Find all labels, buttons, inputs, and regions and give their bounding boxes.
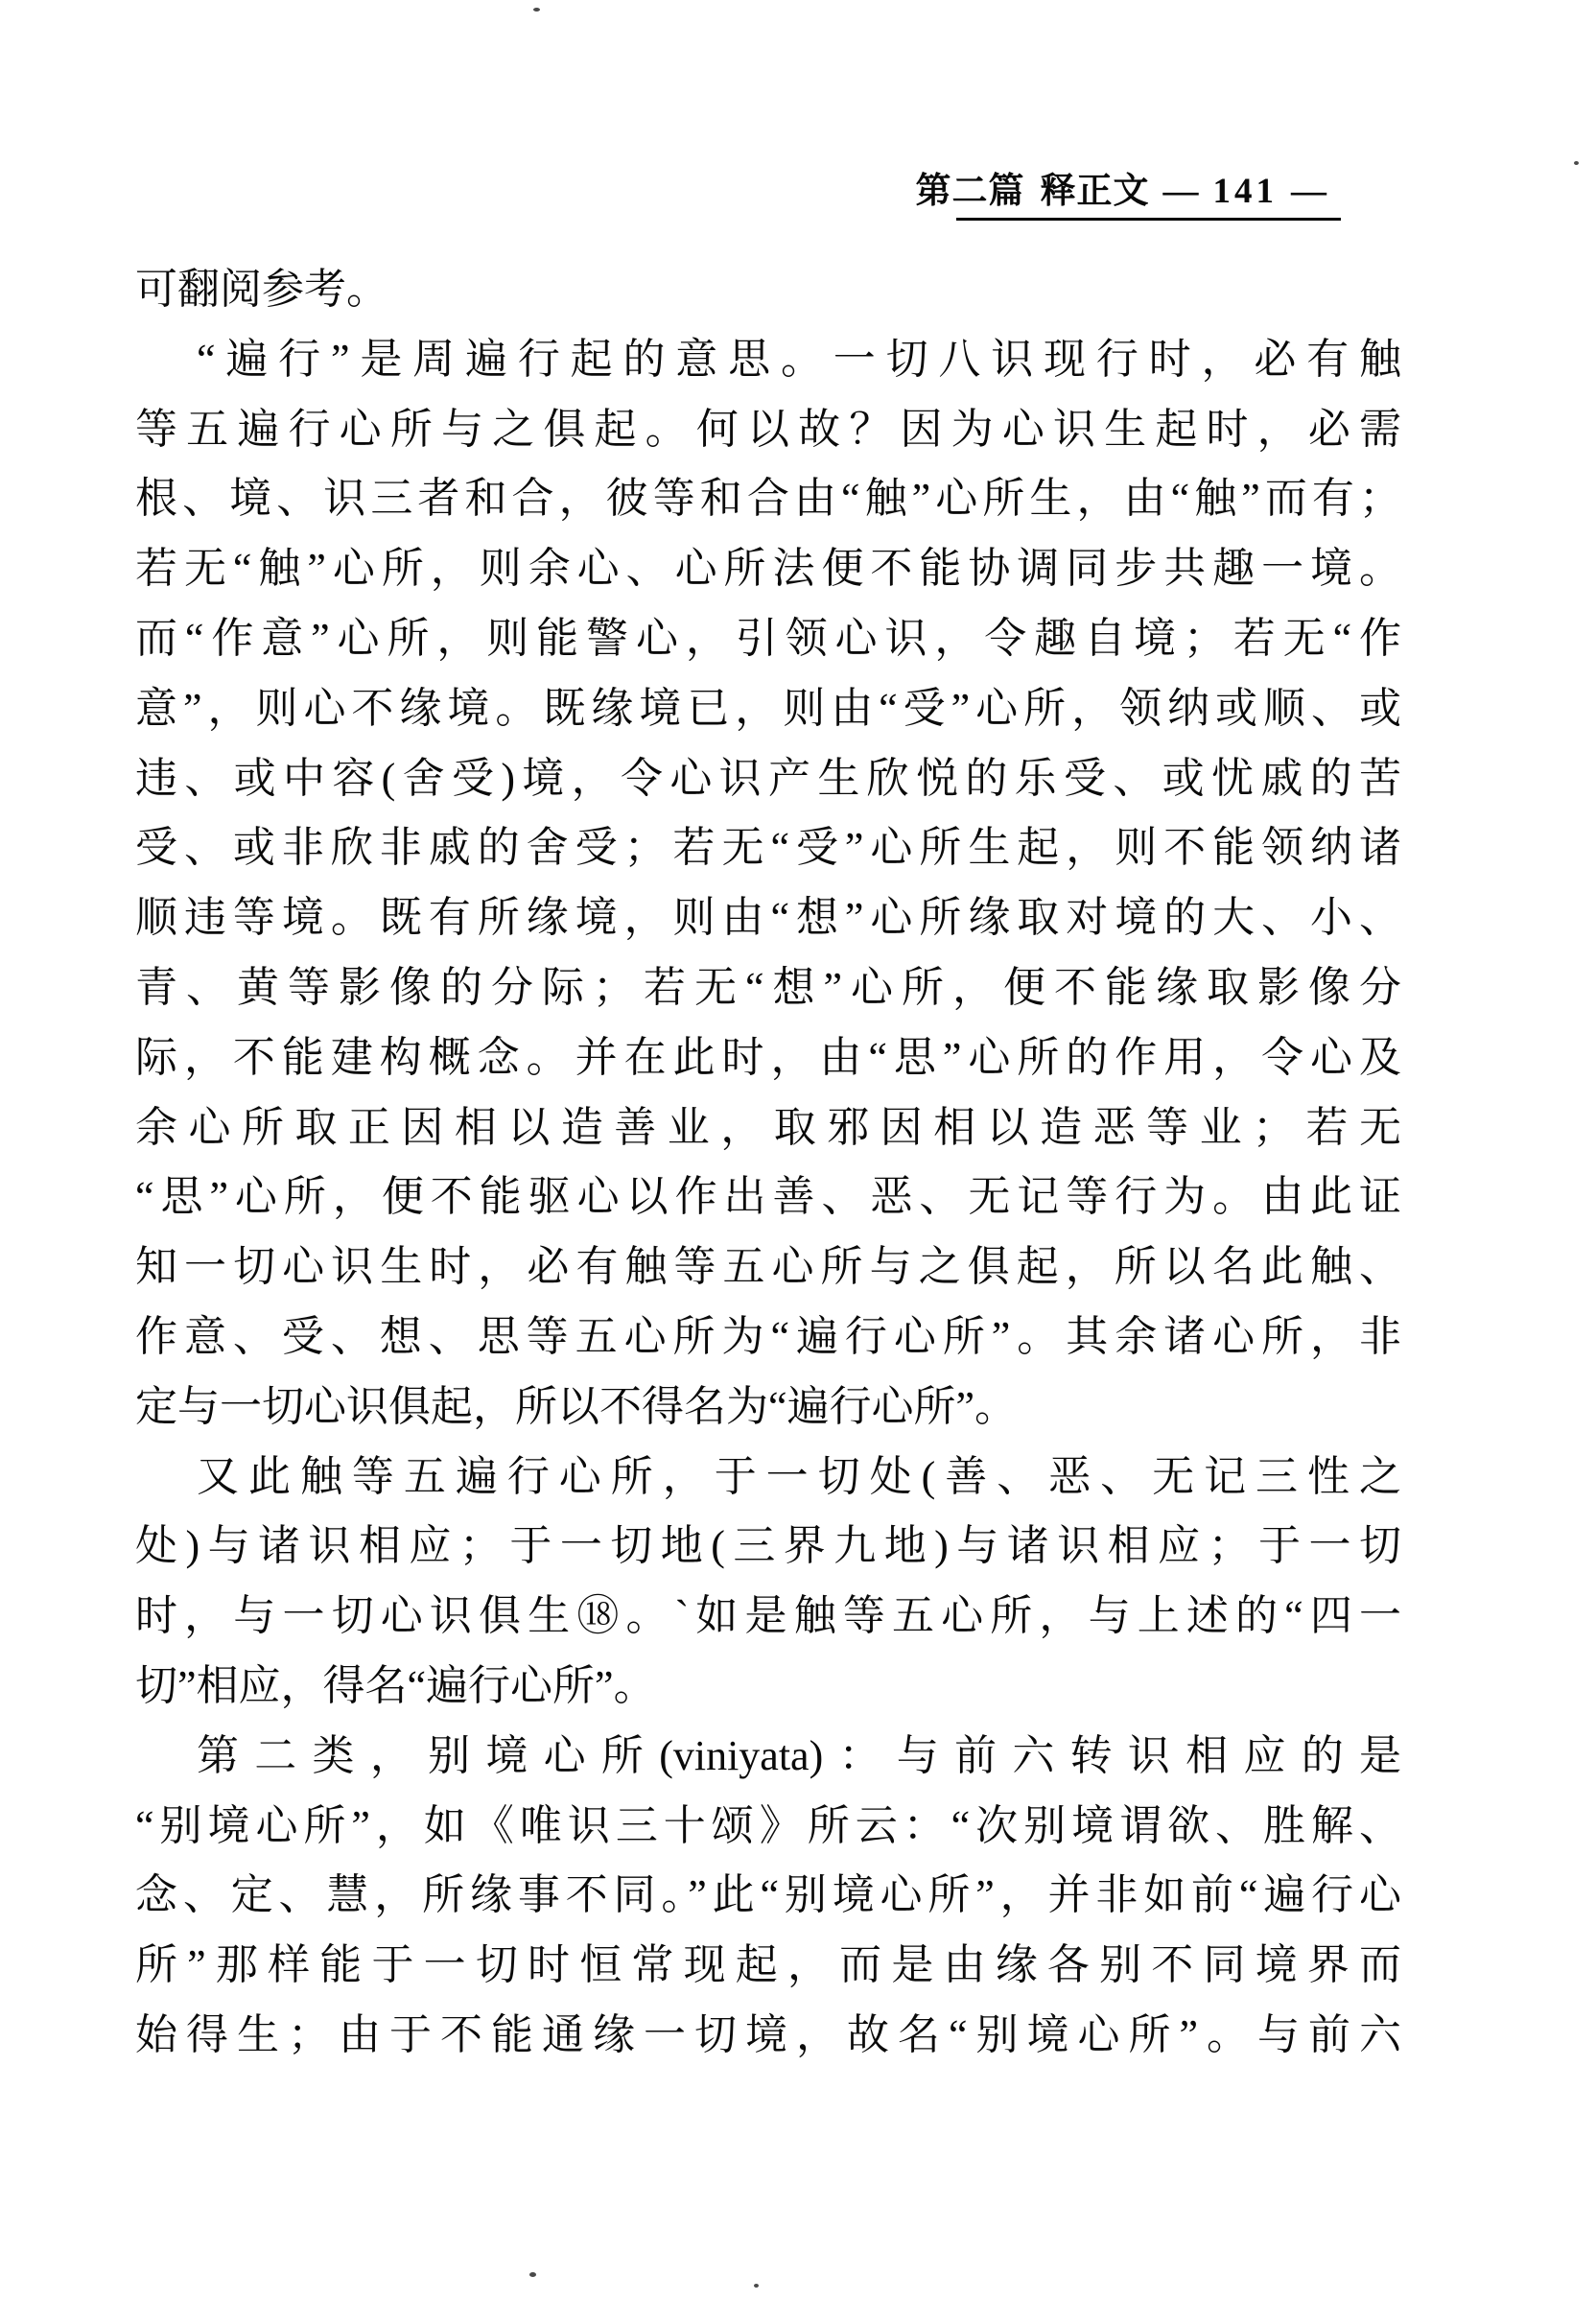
text-line: “遍行”是周遍行起的意思。一切八识现行时，必有触 bbox=[135, 325, 1401, 395]
text-line: 作意、受、想、思等五心所为“遍行心所”。其余诸心所，非 bbox=[135, 1303, 1401, 1373]
text-line: 定与一切心识俱起，所以不得名为“遍行心所”。 bbox=[135, 1373, 1401, 1443]
dash-right: — bbox=[1291, 172, 1327, 211]
text-line: 可翻阅参考。 bbox=[135, 255, 1401, 325]
text-line: “别境心所”，如《唯识三十颂》所云：“次别境谓欲、胜解、 bbox=[135, 1792, 1401, 1862]
text-line: 余心所取正因相以造善业，取邪因相以造恶等业；若无 bbox=[135, 1093, 1401, 1163]
text-line: 际，不能建构概念。并在此时，由“思”心所的作用，令心及 bbox=[135, 1023, 1401, 1093]
text-line: 始得生；由于不能通缘一切境，故名“别境心所”。与前六 bbox=[135, 2001, 1401, 2071]
text-line: 若无“触”心所，则余心、心所法便不能协调同步共趣一境。 bbox=[135, 534, 1401, 604]
text-line: 第二类，别境心所(viniyata)：与前六转识相应的是 bbox=[135, 1722, 1401, 1792]
text-line: 根、境、识三者和合，彼等和合由“触”心所生，由“触”而有； bbox=[135, 464, 1401, 534]
text-line: 所”那样能于一切时恒常现起，而是由缘各别不同境界而 bbox=[135, 1931, 1401, 2001]
text-line: 知一切心识生时，必有触等五心所与之俱起，所以名此触、 bbox=[135, 1233, 1401, 1303]
text-line: “思”心所，便不能驱心以作出善、恶、无记等行为。由此证 bbox=[135, 1162, 1401, 1233]
chapter-title: 释正文 bbox=[1041, 172, 1150, 211]
page-number: 141 bbox=[1213, 172, 1279, 211]
header-rule bbox=[956, 218, 1341, 221]
book-page: 第二篇释正文—141— 可翻阅参考。“遍行”是周遍行起的意思。一切八识现行时，必… bbox=[0, 0, 1596, 2301]
text-line: 而“作意”心所，则能警心，引领心识，令趣自境；若无“作 bbox=[135, 604, 1401, 674]
scan-speck bbox=[529, 2272, 536, 2277]
text-line: 处)与诸识相应；于一切地(三界九地)与诸识相应；于一切 bbox=[135, 1512, 1401, 1582]
text-line: 又此触等五遍行心所，于一切处(善、恶、无记三性之 bbox=[135, 1443, 1401, 1513]
text-line: 意”，则心不缘境。既缘境已，则由“受”心所，领纳或顺、或 bbox=[135, 674, 1401, 744]
dash-left: — bbox=[1163, 172, 1200, 211]
text-line: 受、或非欣非戚的舍受；若无“受”心所生起，则不能领纳诸 bbox=[135, 813, 1401, 883]
chapter-label: 第二篇 bbox=[916, 172, 1025, 211]
text-line: 念、定、慧，所缘事不同。”此“别境心所”，并非如前“遍行心 bbox=[135, 1861, 1401, 1931]
text-line: 切”相应，得名“遍行心所”。 bbox=[135, 1652, 1401, 1722]
text-line: 等五遍行心所与之俱起。何以故？因为心识生起时，必需 bbox=[135, 395, 1401, 465]
scan-speck bbox=[533, 8, 540, 12]
scan-speck bbox=[754, 2284, 759, 2288]
running-head: 第二篇释正文—141— bbox=[916, 161, 1342, 213]
text-line: 时，与一切心识俱生⑱。ˋ如是触等五心所，与上述的“四一 bbox=[135, 1582, 1401, 1652]
text-line: 青、黄等影像的分际；若无“想”心所，便不能缘取影像分 bbox=[135, 953, 1401, 1023]
scan-speck bbox=[1574, 161, 1579, 165]
body-text: 可翻阅参考。“遍行”是周遍行起的意思。一切八识现行时，必有触等五遍行心所与之俱起… bbox=[135, 255, 1401, 2071]
text-line: 违、或中容(舍受)境，令心识产生欣悦的乐受、或忧戚的苦 bbox=[135, 744, 1401, 814]
text-line: 顺违等境。既有所缘境，则由“想”心所缘取对境的大、小、 bbox=[135, 883, 1401, 953]
